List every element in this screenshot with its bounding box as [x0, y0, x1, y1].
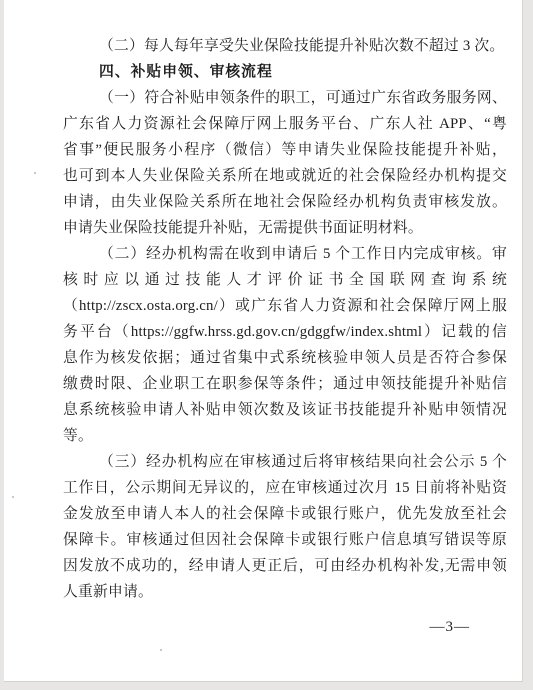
- document-page: （二）每人每年享受失业保险技能提升补贴次数不超过 3 次。 四、补贴申领、审核流…: [4, 0, 523, 682]
- document-line: 省事”便民服务小程序（微信）等申请失业保险技能提升补贴，: [63, 137, 507, 163]
- document-body: （二）每人每年享受失业保险技能提升补贴次数不超过 3 次。 四、补贴申领、审核流…: [63, 33, 507, 605]
- document-line: 也可到本人失业保险关系所在地或就近的社会保险经办机构提交: [63, 163, 507, 189]
- document-line: 广东省人力资源社会保障厅网上服务平台、广东人社 APP、“粤: [63, 111, 507, 137]
- scan-background: （二）每人每年享受失业保险技能提升补贴次数不超过 3 次。 四、补贴申领、审核流…: [0, 0, 533, 690]
- document-line: （一）符合补贴申领条件的职工，可通过广东省政务服务网、: [63, 85, 507, 111]
- document-line: （二）每人每年享受失业保险技能提升补贴次数不超过 3 次。: [63, 33, 507, 59]
- document-line: 息作为核发依据；通过省集中式系统核验申领人员是否符合参保: [63, 345, 507, 371]
- document-line: 务平台（https://ggfw.hrss.gd.gov.cn/gdggfw/i…: [63, 319, 507, 345]
- document-line: （二）经办机构需在收到申请后 5 个工作日内完成审核。审: [63, 241, 507, 267]
- document-line: 申请失业保险技能提升补贴，无需提供书面证明材料。: [63, 215, 507, 241]
- document-line: 工作日，公示期间无异议的，应在审核通过次月 15 日前将补贴资: [63, 475, 507, 501]
- document-line: 核时应以通过技能人才评价证书全国联网查询系统: [63, 267, 507, 293]
- document-line: 申请，由失业保险关系所在地社会保险经办机构负责审核发放。: [63, 189, 507, 215]
- document-line: 息系统核验申请人补贴申领次数及该证书技能提升补贴申领情况: [63, 397, 507, 423]
- section-heading: 四、补贴申领、审核流程: [63, 59, 507, 85]
- document-line: 因发放不成功的，经申请人更正后，可由经办机构补发,无需申领: [63, 553, 507, 579]
- scan-speck: [34, 172, 36, 174]
- page-number: —3—: [430, 614, 471, 640]
- document-line: 缴费时限、企业职工在职参保等条件；通过申领技能提升补贴信: [63, 371, 507, 397]
- document-line: 人重新申请。: [63, 579, 507, 605]
- scan-speck: [160, 649, 162, 651]
- scan-speck: [12, 496, 14, 498]
- document-line: （http://zscx.osta.org.cn/）或广东省人力资源和社会保障厅…: [63, 293, 507, 319]
- document-line: （三）经办机构应在审核通过后将审核结果向社会公示 5 个: [63, 449, 507, 475]
- document-line: 保障卡。审核通过但因社会保障卡或银行账户信息填写错误等原: [63, 527, 507, 553]
- document-line: 金发放至申请人本人的社会保障卡或银行账户，优先发放至社会: [63, 501, 507, 527]
- document-line: 等。: [63, 423, 507, 449]
